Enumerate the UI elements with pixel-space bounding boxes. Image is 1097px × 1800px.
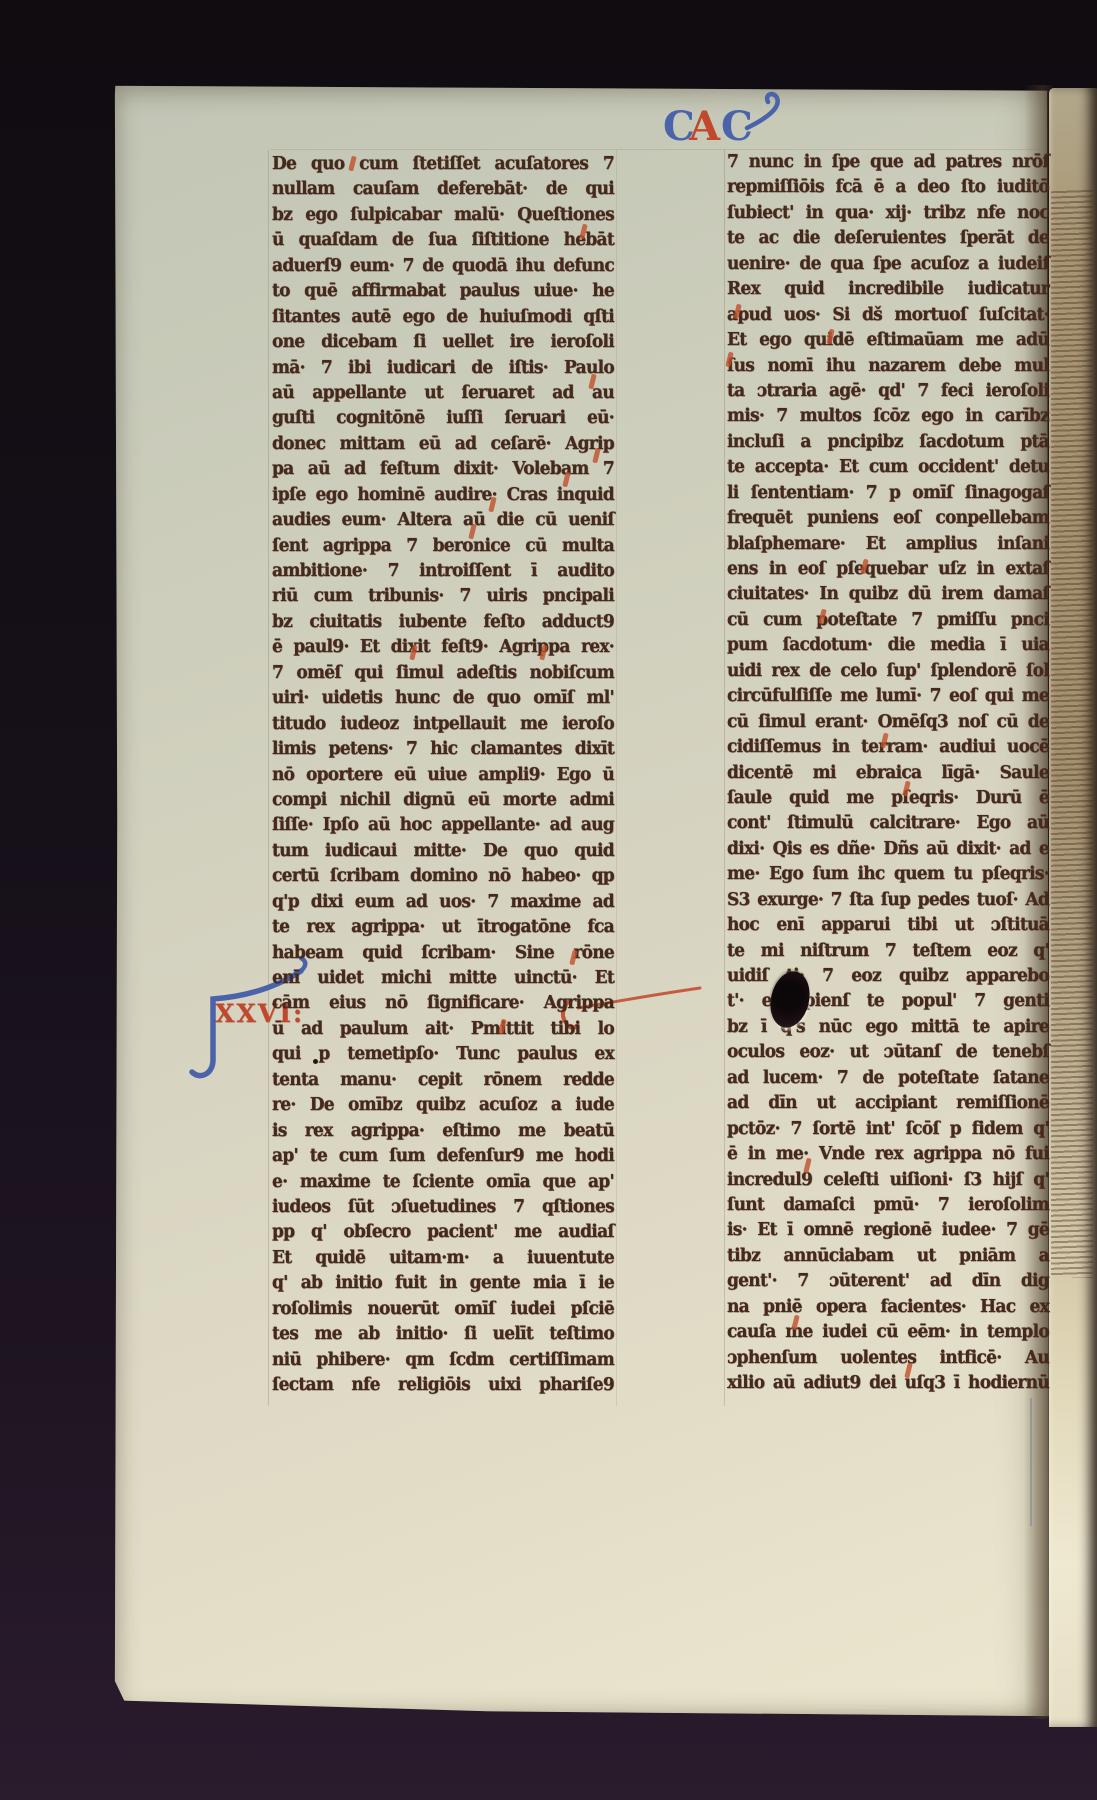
- running-title: C A C: [655, 88, 805, 154]
- text-line: De quo cum ſtetiſſet acuſatores 7: [272, 152, 614, 178]
- text-line: is rex agrippa· eſtimo me beatū: [272, 1118, 614, 1144]
- running-title-glyph-red: A: [688, 103, 721, 150]
- text-line: is· Et ī omnē regionē iudee· 7 gē: [727, 1218, 1049, 1244]
- text-line: na pniē opera facientes· Hac ex: [727, 1294, 1049, 1320]
- text-line: e· maxime te ſciente omīa que ap': [272, 1169, 614, 1195]
- text-line: ſubiect' in qua· xij· tribz nfe noc: [727, 200, 1049, 226]
- text-line: dixi· Qis es dñe· Dñs aū dixit· ad e: [727, 836, 1049, 862]
- text-line: titudo iudeoz intpellauit me ieroſo: [272, 711, 614, 737]
- text-line: hoc enī apparui tibi ut ɔſtituā: [727, 913, 1049, 939]
- text-line: roſolimis nouerūt omīſ iudei pſciē: [272, 1296, 614, 1322]
- ruling-line-left: [268, 150, 269, 1406]
- text-line: bz ego ſulpicabar malū· Queſtiones: [272, 202, 614, 228]
- text-line: qui p temetipſo· Tunc paulus ex: [272, 1042, 614, 1068]
- text-line: ens in eoſ pſequebar uſz in extaſ: [727, 557, 1049, 583]
- text-line: circūfulſiſſe me lumī· 7 eoſ qui me: [727, 684, 1049, 710]
- text-line: te ac die deſeruientes ſperāt de: [727, 226, 1049, 252]
- text-line: ē in me· Vnde rex agrippa nō fui: [727, 1142, 1049, 1168]
- text-line: ū quaſdam de ſua ſiſtitione hebāt: [272, 228, 614, 254]
- text-line: habeam quid ſcribam· Sine rōne: [272, 940, 614, 966]
- text-line: repmiſſiōis fcā ē a deo ſto iuditō: [727, 175, 1049, 201]
- text-line: uidi rex de celo ſup' ſplendorē ſol: [727, 658, 1049, 684]
- text-line: Rex quid incredibile iudicatur: [727, 277, 1049, 303]
- text-line: ē paul9· Et dixit feſt9· Agrippa rex·: [272, 635, 614, 661]
- text-line: uiri· uidetis hunc de quo omīſ ml': [272, 686, 614, 712]
- text-line: ſectam nfe religiōis uixi phariſe9: [272, 1373, 614, 1399]
- text-line: ſaule quid me pſeqris· Durū ē: [727, 786, 1049, 812]
- text-line: incluſi a pncipibz ſacdotum ptā: [727, 429, 1049, 455]
- text-line: apud uos· Si dš mortuoſ ſuſcitat·: [727, 302, 1049, 328]
- text-line: guſti cognitōnē iuſſi ſeruari eū·: [272, 406, 614, 432]
- text-line: ſitantes autē ego de huiuſmodi qſti: [272, 304, 614, 330]
- text-line: 7 nunc in ſpe que ad patres nrōſ: [727, 150, 1049, 176]
- text-line: q'p dixi eum ad uos· 7 maxime ad: [272, 889, 614, 915]
- text-line: niū phibere· qm ſcdm certiſſimam: [272, 1347, 614, 1373]
- ruling-line-margin-blue: [1030, 1398, 1032, 1526]
- text-line: 7 omēſ qui ſimul adeſtis nobiſcum: [272, 660, 614, 686]
- text-line: nullam cauſam deferebāt· de qui: [272, 177, 614, 203]
- text-column-left: De quo cum ſtetiſſet acuſatores 7nullam …: [272, 152, 614, 1398]
- text-line: iudeos ſūt ɔſuetudines 7 qſtiones: [272, 1195, 614, 1221]
- text-line: cām eius nō ſignificare· Agrippa: [272, 991, 614, 1017]
- text-line: ſus nomī ihu nazarem debe mul: [727, 353, 1049, 379]
- ruling-line-right-col: [724, 150, 725, 1406]
- text-line: mis· 7 multos ſcōz ego in carībz: [727, 404, 1049, 430]
- text-line: te rex agrippa· ut ītrogatōne fca: [272, 915, 614, 941]
- text-line: te mi niſtrum 7 teſtem eoz q': [727, 938, 1049, 964]
- text-line: tum iudicaui mitte· De quo quid: [272, 838, 614, 864]
- text-line: ta ɔtraria agē· qd' 7 feci ieroſoli: [727, 379, 1049, 405]
- text-line: oculos eoz· ut ɔūtanſ de tenebſ: [727, 1040, 1049, 1066]
- fore-edge-pages: [1049, 88, 1097, 1727]
- text-line: mā· 7 ibi iudicari de iſtis· Paulo: [272, 355, 614, 381]
- text-line: ad lucem· 7 de poteſtate ſatane: [727, 1065, 1049, 1091]
- text-line: ap' te cum ſum defenſur9 me hodi: [272, 1144, 614, 1170]
- text-line: pp q' obſecro pacient' me audiaſ: [272, 1220, 614, 1246]
- text-line: ciuitates· In quibz dū irem damaſ: [727, 582, 1049, 608]
- text-line: pctōz· 7 ſortē int' ſcōſ p fidem q': [727, 1116, 1049, 1142]
- text-line: tenta manu· cepit rōnem redde: [272, 1067, 614, 1093]
- text-line: pum ſacdotum· die media ī uia: [727, 633, 1049, 659]
- text-line: aū appellante ut ſeruaret ad au: [272, 381, 614, 407]
- text-line: cont' ſtimulū calcitrare· Ego aū: [727, 811, 1049, 837]
- text-line: gent'· 7 ɔūterent' ad dīn dig: [727, 1269, 1049, 1295]
- text-line: limis petens· 7 hic clamantes dixīt: [272, 737, 614, 763]
- text-line: cū cum poteſtate 7 pmiſſu pnci: [727, 607, 1049, 633]
- ruling-line-mid: [616, 150, 617, 1406]
- text-line: blaſphemare· Et amplius inſani: [727, 531, 1049, 557]
- text-line: compi nichil dignū eū morte admi: [272, 788, 614, 814]
- text-line: me· Ego ſum ihc quem tu pſeqris·: [727, 862, 1049, 888]
- text-line: ſunt damaſci pmū· 7 ieroſolim: [727, 1193, 1049, 1219]
- text-line: te accepta· Et cum occident' detu: [727, 455, 1049, 481]
- text-line: Et ego quidē eſtimaūam me adū: [727, 328, 1049, 354]
- text-line: dicentē mi ebraica līgā· Saule: [727, 760, 1049, 786]
- text-line: frequēt puniens eoſ conpellebam: [727, 506, 1049, 532]
- text-line: incredul9 celeſti uiſioni· ſ3 hijſ q': [727, 1167, 1049, 1193]
- text-line: nō oportere eū uiue ampli9· Ego ū: [272, 762, 614, 788]
- text-line: ad dīn ut accipiant remiſſionē: [727, 1091, 1049, 1117]
- text-line: xilio aū adiut9 dei uſq3 ī hodiernū: [727, 1371, 1049, 1397]
- margin-dot: [313, 1059, 318, 1064]
- text-column-right: 7 nunc in ſpe que ad patres nrōſrepmiſſi…: [727, 150, 1049, 1396]
- text-line: ſent agrippa 7 beronice cū multa: [272, 533, 614, 559]
- text-line: pa aū ad feſtum dixit· Volebam 7: [272, 457, 614, 483]
- text-line: certū ſcribam domino nō habeo· qp: [272, 864, 614, 890]
- text-line: tibz annūciabam ut pniām a: [727, 1243, 1049, 1269]
- text-line: aduerſ9 eum· 7 de quodā ihu defunc: [272, 253, 614, 279]
- text-line: q' ab initio fuit in gente mia ī ie: [272, 1271, 614, 1297]
- text-line: tes me ab initio· ſi uelīt teſtimo: [272, 1322, 614, 1348]
- manuscript-photo: { "header": { "glyphs": ["C", "A", "C"],…: [0, 0, 1097, 1800]
- text-line: li ſententiam· 7 p omīſ ſinagogaſ: [727, 480, 1049, 506]
- text-line: ſiſſe· Ipſo aū hoc appellante· ad aug: [272, 813, 614, 839]
- text-line: cū ſimul erant· Omēſq3 noſ cū de: [727, 709, 1049, 735]
- showthrough-text-lines: [1051, 188, 1093, 1278]
- text-line: Et quidē uitam·m· a iuuentute: [272, 1245, 614, 1271]
- text-line: donec mittam eū ad ceſarē· Agrip: [272, 431, 614, 457]
- text-line: ū ad paulum ait· Pmittit tibi lo: [272, 1016, 614, 1042]
- text-line: to quē affirmabat paulus uiue· he: [272, 279, 614, 305]
- text-line: ɔphenſum uolentes intficē· Au: [727, 1345, 1049, 1371]
- text-line: ambitione· 7 introiſſent ī audito: [272, 559, 614, 585]
- text-line: uenire· de qua ſpe acuſoz a iudeiſ: [727, 251, 1049, 277]
- text-line: cauſa me iudei cū eēm· in templo: [727, 1320, 1049, 1346]
- text-line: bz ciuitatis iubente feſto adduct9: [272, 609, 614, 635]
- text-line: cidiſſemus in terram· audiui uocē: [727, 735, 1049, 761]
- text-line: re· De omībz quibz acuſoz a iude: [272, 1093, 614, 1119]
- text-line: one dicebam ſi uellet ire ieroſoli: [272, 330, 614, 356]
- text-line: S3 exurge· 7 ſta ſup pedes tuoſ· Ad: [727, 887, 1049, 913]
- text-line: audies eum· Altera aū die cū ueniſ: [272, 508, 614, 534]
- text-line: riū cum tribunis· 7 uiris pncipali: [272, 584, 614, 610]
- text-line: enī uidet michi mitte uinctū· Et: [272, 966, 614, 992]
